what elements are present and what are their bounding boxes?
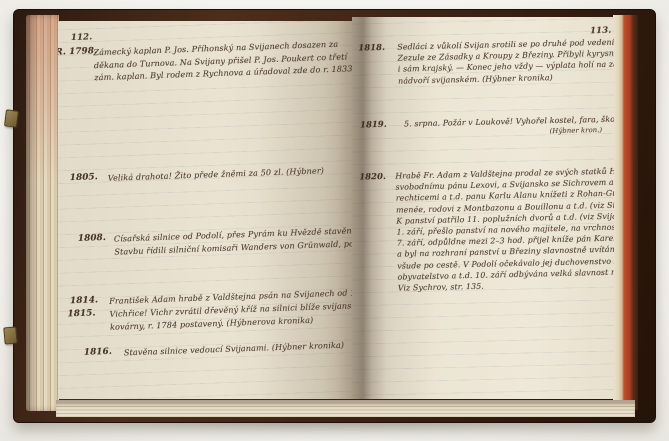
brass-clasp-top: [4, 109, 19, 127]
entry-1819: 1819. 5. srpna. Požár v Loukově! Vyhořel…: [360, 112, 614, 141]
fore-edge-right: [613, 15, 638, 410]
entry-year: 1814.: [70, 295, 98, 306]
entry-line: Veliká drahota! Žito přede žněmi za 50 z…: [108, 164, 325, 184]
entry-1798: R. 1798. Zámecký kaplan P. Jos. Příhonsk…: [58, 37, 352, 85]
entry-1808: 1808. Císařská silnice od Podolí, přes P…: [78, 222, 352, 259]
entry-year: 1820.: [359, 171, 386, 182]
left-page: 112. R. 1798. Zámecký kaplan P. Jos. Pří…: [58, 21, 352, 399]
entry-1816: 1816. Stavěna silnice vedoucí Svijanami.…: [84, 339, 345, 361]
page-number: 112.: [71, 32, 93, 43]
entry-year: 1818.: [358, 42, 385, 53]
entry-year: 1805.: [70, 172, 98, 183]
entry-year: 1819.: [360, 119, 387, 130]
page-number: 113.: [590, 26, 612, 36]
entry-year: R. 1798.: [58, 46, 97, 57]
page-edge-stack-bottom: [56, 400, 635, 417]
book-photo: 112. R. 1798. Zámecký kaplan P. Jos. Pří…: [0, 0, 669, 441]
brass-clasp-bottom: [3, 326, 17, 344]
entry-1805: 1805. Veliká drahota! Žito přede žněmi z…: [70, 164, 325, 185]
book-cover: 112. R. 1798. Zámecký kaplan P. Jos. Pří…: [13, 9, 656, 423]
right-page: 113. 1818. Sedláci z vůkolí Svijan sroti…: [352, 17, 614, 399]
page-edge-stack-left: [26, 15, 59, 411]
entry-year: 1808.: [78, 233, 106, 244]
entry-year: 1815.: [67, 308, 95, 319]
entry-1820: 1820. Hrabě Fr. Adam z Valdštejna prodal…: [359, 164, 614, 295]
entry-line: Stavěna silnice vedoucí Svijanami. (Hýbn…: [124, 339, 345, 359]
entry-year: 1816.: [84, 347, 112, 358]
entry-1818: 1818. Sedláci z vůkolí Svijan srotili se…: [358, 35, 614, 87]
